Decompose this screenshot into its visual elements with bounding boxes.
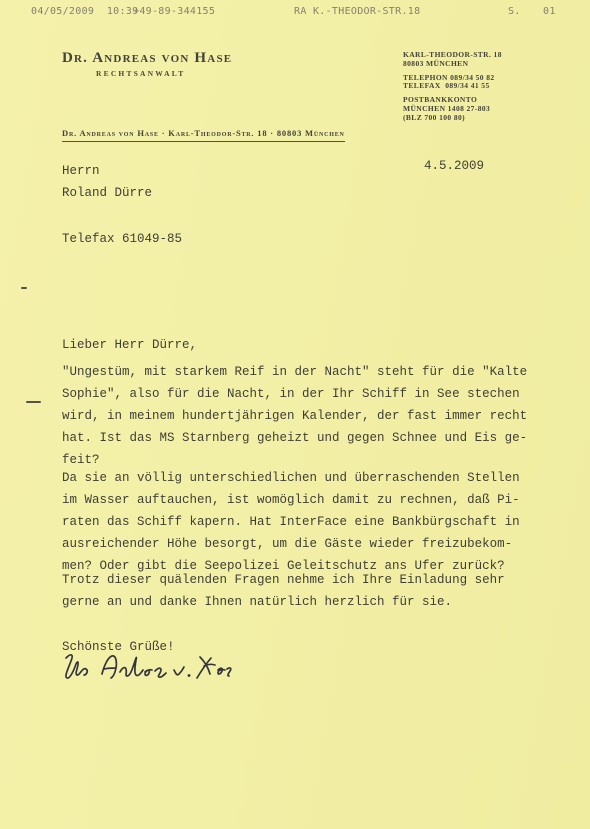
letterhead-fax: TELEFAX 089/34 41 55 [403, 82, 573, 91]
letter-paragraph-3: Trotz dieser quälenden Fragen nehme ich … [62, 569, 505, 613]
sender-return-address-line: Dr. Andreas von Hase · Karl-Theodor-Str.… [62, 128, 345, 142]
fax-sender-number: +49-89-344155 [133, 6, 215, 17]
fax-page-label: S. [508, 6, 521, 17]
letterhead-address: KARL-THEODOR-STR. 18 80803 MÜNCHEN [403, 51, 573, 69]
letter-paragraph-2: Da sie an völlig unterschiedlichen und ü… [62, 467, 520, 577]
fax-station-id: RA K.-THEODOR-STR.18 [294, 6, 420, 17]
scan-margin-mark [21, 287, 27, 289]
recipient-salutation: Herrn [62, 160, 100, 182]
letterhead-bank: POSTBANKKONTO MÜNCHEN 1408 27-803 (BLZ 7… [403, 96, 573, 122]
scanned-fax-letter: 04/05/2009 10:39 +49-89-344155 RA K.-THE… [0, 0, 590, 829]
handwritten-signature [58, 648, 233, 696]
letterhead-name: Dr. Andreas von Hase [62, 50, 232, 67]
letterhead-city: 80803 MÜNCHEN [403, 60, 573, 69]
letterhead-contact-block: KARL-THEODOR-STR. 18 80803 MÜNCHEN TELEP… [403, 51, 573, 128]
letter-paragraph-1: "Ungestüm, mit starkem Reif in der Nacht… [62, 361, 527, 471]
scan-margin-mark [26, 401, 41, 403]
recipient-fax-number: Telefax 61049-85 [62, 228, 182, 250]
fax-page-number: 01 [543, 6, 556, 17]
fax-datetime: 04/05/2009 10:39 [31, 6, 138, 17]
letterhead-phone-fax: TELEPHON 089/34 50 82 TELEFAX 089/34 41 … [403, 74, 573, 92]
letterhead-bank-blz: (BLZ 700 100 80) [403, 114, 573, 123]
letter-salutation: Lieber Herr Dürre, [62, 334, 197, 356]
letter-date: 4.5.2009 [424, 155, 484, 177]
letterhead-profession: RECHTSANWALT [96, 69, 185, 78]
fax-transmission-header: 04/05/2009 10:39 +49-89-344155 RA K.-THE… [0, 6, 590, 20]
recipient-name: Roland Dürre [62, 182, 152, 204]
